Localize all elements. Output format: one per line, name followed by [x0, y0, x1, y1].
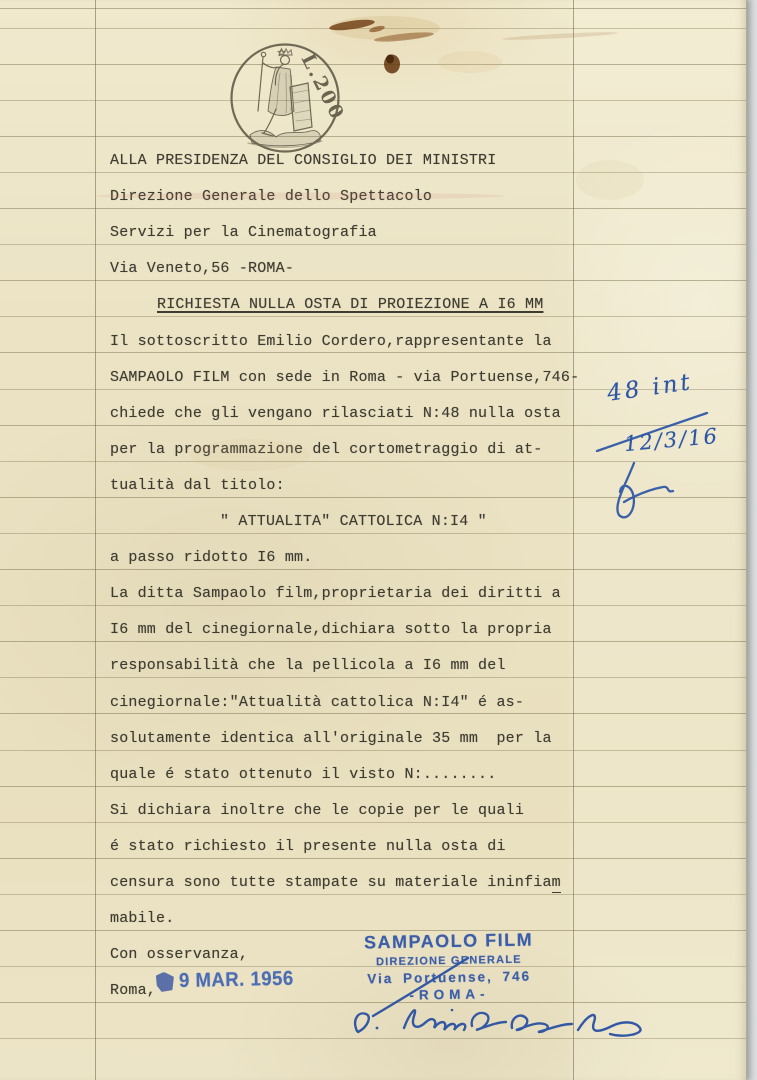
typed-line: ALLA PRESIDENZA DEL CONSIGLIO DEI MINIST…	[110, 152, 496, 170]
typed-line: chiede che gli vengano rilasciati N:48 n…	[110, 405, 561, 423]
ruled-line	[0, 677, 746, 678]
company-stamp-city: -ROMA-	[358, 985, 540, 1003]
typed-line: Roma,	[110, 982, 156, 1000]
ruled-line	[0, 497, 746, 498]
ruled-line	[0, 569, 746, 570]
stamp-smudge-icon	[156, 972, 174, 992]
typed-line: censura sono tutte stampate su materiale…	[110, 874, 561, 892]
typed-line: quale é stato ottenuto il visto N:......…	[110, 766, 496, 784]
typed-line: Il sottoscritto Emilio Cordero,rappresen…	[110, 333, 552, 351]
ruled-line	[0, 352, 746, 353]
ruled-line	[0, 100, 746, 101]
ruled-line	[0, 858, 746, 859]
typed-line: RICHIESTA NULLA OSTA DI PROIEZIONE A I6 …	[157, 296, 543, 314]
typed-line: SAMPAOLO FILM con sede in Roma - via Por…	[110, 369, 579, 387]
ruled-line	[0, 1038, 746, 1039]
margin-flourish-signature	[617, 463, 634, 517]
typed-line: " ATTUALITA" CATTOLICA N:I4 "	[220, 513, 487, 531]
typed-line: Si dichiara inoltre che le copie per le …	[110, 802, 524, 820]
ruled-line	[0, 930, 746, 931]
typed-line: cinegiornale:"Attualità cattolica N:I4" …	[110, 694, 524, 712]
ruled-line	[0, 280, 746, 281]
ruled-line	[0, 8, 746, 9]
ruled-line	[0, 316, 746, 317]
typed-line: é stato richiesto il presente nulla osta…	[110, 838, 506, 856]
ruled-line	[0, 208, 746, 209]
handwritten-date-note: 12/3/16	[623, 424, 720, 456]
typed-line: I6 mm del cinegiornale,dichiara sotto la…	[110, 621, 552, 639]
right-margin-line	[573, 0, 574, 1080]
ruled-line	[0, 28, 746, 29]
company-stamp-name: SAMPAOLO FILM	[357, 929, 539, 953]
typed-line: Direzione Generale dello Spettacolo	[110, 188, 432, 206]
document-page: ALLA PRESIDENZA DEL CONSIGLIO DEI MINIST…	[0, 0, 747, 1080]
company-stamp: SAMPAOLO FILM DIREZIONE GENERALE Via Por…	[357, 929, 540, 1003]
ruled-line	[0, 786, 746, 787]
typed-line: solutamente identica all'originale 35 mm…	[110, 730, 552, 748]
ruled-line	[0, 64, 746, 65]
revenue-stamp-value: L.200	[297, 50, 349, 124]
typed-line: La ditta Sampaolo film,proprietaria dei …	[110, 585, 561, 603]
company-stamp-division: DIREZIONE GENERALE	[358, 953, 540, 968]
margin-flourish-tail	[624, 487, 673, 502]
ruled-line	[0, 425, 746, 426]
ruled-line	[0, 461, 746, 462]
ruled-line	[0, 713, 746, 714]
typed-line: mabile.	[110, 910, 174, 928]
company-stamp-address: Via Portuense, 746	[358, 968, 540, 986]
ruled-line	[0, 136, 746, 137]
ruled-line	[0, 244, 746, 245]
ruled-line	[0, 894, 746, 895]
typed-line-text: censura sono tutte stampate su materiale…	[110, 874, 552, 891]
ruled-line	[0, 822, 746, 823]
ruled-line	[0, 750, 746, 751]
typed-line: responsabilità che la pellicola a I6 mm …	[110, 657, 506, 675]
handwritten-quantity-note: 48 int	[606, 369, 695, 407]
hyphenation-underscore: m	[552, 874, 561, 893]
typed-line: Servizi per la Cinematografia	[110, 224, 377, 242]
ruled-line	[0, 641, 746, 642]
scanned-document: ALLA PRESIDENZA DEL CONSIGLIO DEI MINIST…	[0, 0, 757, 1080]
typed-line: Con osservanza,	[110, 946, 248, 964]
typed-line: a passo ridotto I6 mm.	[110, 549, 312, 567]
typed-line: Via Veneto,56 -ROMA-	[110, 260, 294, 278]
typed-line: tualità dal titolo:	[110, 477, 285, 495]
left-margin-line	[95, 0, 96, 1080]
ruled-line	[0, 605, 746, 606]
typed-line: per la programmazione del cortometraggio…	[110, 441, 542, 459]
date-stamp-text: 9 MAR. 1956	[179, 968, 294, 993]
ruled-line	[0, 533, 746, 534]
date-stamp: 9 MAR. 1956	[156, 967, 303, 993]
ruled-line	[0, 172, 746, 173]
